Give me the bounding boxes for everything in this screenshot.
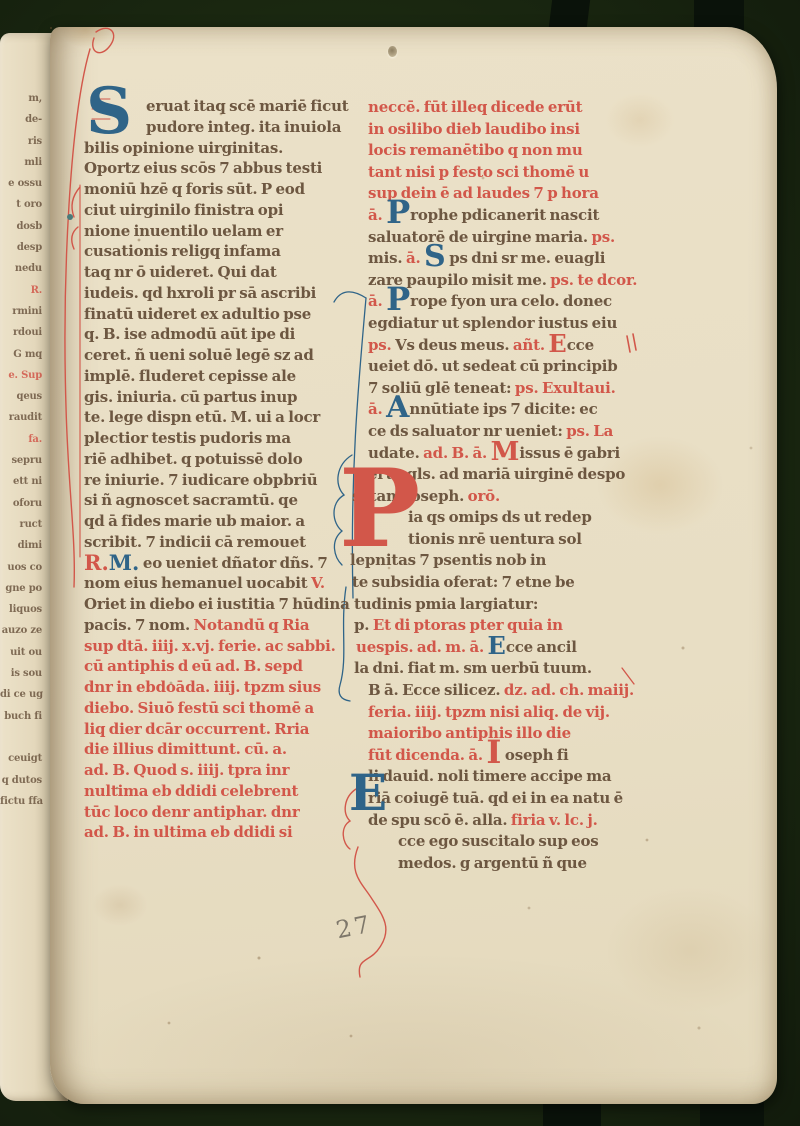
text-segment: ps dni sr me. euagli [446,249,605,267]
text-segment: eo ueniet dñator dñs. 7 [139,554,327,572]
gutter-fragment: buch fi [0,706,42,727]
gutter-fragment: e ossu [0,173,42,194]
text-segment: añt. [513,336,549,354]
manuscript-line: mis. ā. S ps dni sr me. euagli [368,248,634,270]
text-segment: mis. [368,249,406,267]
text-segment: B ā. Ecce silicez. [368,681,504,699]
manuscript-line: Oriet in diebo ei iustitia 7 hūdina [84,594,342,615]
text-segment: uespis. ad. m. ā. [356,638,488,656]
text-segment: taq nr ō uideret. Qui dat [84,263,277,281]
inline-initial: R. [84,550,109,575]
gutter-fragment: G mq [0,344,42,365]
text-segment: cce [567,336,594,354]
gutter-fragment: sepru [0,450,42,471]
penwork-dot [67,214,73,220]
gutter-fragment: t oro [0,194,42,215]
text-segment: moniū hzē q foris sūt. P eod [84,180,305,198]
inline-initial: I [486,733,501,771]
gutter-fragment: R. [0,280,42,301]
gutter-fragment: uos co [0,557,42,578]
manuscript-line: tūc loco denr antiphar. dnr [84,802,342,823]
text-segment: diebo. Siuō festū sci thomē a [84,699,314,717]
manuscript-page: eruat itaq scē mariē ficutpudore integ. … [50,27,777,1104]
text-segment: te. lege dispn etū. M. ui a locr [84,408,320,426]
manuscript-line: pacis. 7 nom. Notandū q Ria [84,615,342,636]
gutter-fragment: rdoui [0,322,42,343]
manuscript-line: gis. iniuria. cū partus inup [84,387,342,408]
manuscript-line: dnr in ebdoāda. iiij. tpzm sius [84,677,342,698]
gutter-fragment: di ce ug [0,684,42,705]
text-segment: sup dtā. iiij. x.vj. ferie. ac sabbi. [84,637,336,655]
gutter-fragment: oforu [0,493,42,514]
text-segment: ad. B. Quod s. iiij. tpra inr [84,761,289,779]
manuscript-line: si ñ agnoscet sacramtū. qe [84,490,342,511]
manuscript-line: ueiet dō. ut sedeat cū principib [368,356,634,378]
text-segment: Notandū q Ria [194,616,310,634]
text-segment: feria. iiij. tpzm nisi aliq. de vij. [368,703,610,721]
parchment-hole [388,46,397,57]
text-segment: firia v. lc. j. [511,811,598,829]
text-segment: issus ē gabri [519,444,620,462]
manuscript-line: cū antiphis d eū ad. B. sepd [84,656,342,677]
manuscript-line: maioribo antiphis illo die [368,723,634,745]
text-segment: tionis nrē uentura sol [408,530,582,548]
text-segment: die illius dimittunt. cū. a. [84,740,287,758]
drop-cap-initial-P: P [339,467,420,551]
gutter-fragment [0,727,42,748]
text-segment: Oportz eius scōs 7 abbus testi [84,159,322,177]
text-segment: pacis. 7 nom. [84,616,194,634]
text-segment: Et di ptoras pter quia in [373,616,563,634]
gutter-text-fragments: m,de-rismlie ossut orodosbdespneduR.rmin… [0,88,42,812]
text-segment: q. B. ise admodū aūt ipe di [84,325,295,343]
text-segment: ciut uirginilo finistra opi [84,201,283,219]
text-segment: p. [354,616,373,634]
photo-backdrop: m,de-rismlie ossut orodosbdespneduR.rmin… [0,0,800,1126]
manuscript-line: nom eius hemanuel uocabit V. [84,573,342,594]
text-segment: cū antiphis d eū ad. B. sepd [84,657,303,675]
text-segment: oseph fi [501,746,568,764]
manuscript-line: diebo. Siuō festū sci thomē a [84,698,342,719]
text-segment: tudinis pmia largiatur: [354,595,538,613]
manuscript-line: die illius dimittunt. cū. a. [84,739,342,760]
manuscript-line: iudeis. qd hxroli pr sā ascribi [84,283,342,304]
manuscript-line: ciut uirginilo finistra opi [84,200,342,221]
gutter-fragment: rmini [0,301,42,322]
text-segment: riā coiugē tuā. qd ei in ea natu ē [368,789,623,807]
folio-number: 27 [334,910,375,944]
manuscript-line: liq dier dcār occurrent. Rria [84,719,342,740]
manuscript-line: te subsidia oferat: 7 etne be [352,572,634,594]
text-segment: ps. La [566,422,613,440]
manuscript-line: B ā. Ecce silicez. dz. ad. ch. maiij. [368,680,634,702]
manuscript-line: Oportz eius scōs 7 abbus testi [84,158,342,179]
gutter-fragment: auzo ze [0,620,42,641]
gutter-fragment: ruct [0,514,42,535]
inline-initial: A [386,390,409,425]
manuscript-line: moniū hzē q foris sūt. P eod [84,179,342,200]
text-segment: si ñ agnoscet sacramtū. qe [84,491,298,509]
manuscript-line: cusationis religq infama [84,241,342,262]
drop-cap-initial-E: E [349,773,387,812]
manuscript-line: locis remanētibo q non mu [368,140,634,162]
manuscript-line: ps. Vs deus meus. añt. Ecce [368,335,634,357]
inline-initial: P [386,193,410,231]
manuscript-line: la dni. fiat m. sm uerbū tuum. [354,658,634,680]
manuscript-line: qd ā fides marie ub maior. a [84,511,342,532]
text-segment: cce ego suscitalo sup eos [398,832,599,850]
text-segment: V. [311,574,325,592]
manuscript-line: de spu scō ē. alla. firia v. lc. j. [368,810,634,832]
gutter-fragment: uit ou [0,642,42,663]
text-segment: te subsidia oferat: 7 etne be [352,573,575,591]
gutter-fragment: nedu [0,258,42,279]
manuscript-line: re iniurie. 7 iudicare obpbriū [84,470,342,491]
gutter-fragment: is sou [0,663,42,684]
manuscript-line: te. lege dispn etū. M. ui a locr [84,407,342,428]
manuscript-line: li dauid. noli timere accipe ma [368,766,634,788]
text-segment: tūc loco denr antiphar. dnr [84,803,300,821]
inline-initial: M. [109,550,140,575]
gutter-fragment: ett ni [0,471,42,492]
manuscript-line: ad. B. in ultima eb ddidi si [84,822,342,843]
inline-initial: S [424,239,446,274]
manuscript-line: q. B. ise admodū aūt ipe di [84,324,342,345]
text-segment: re iniurie. 7 iudicare obpbriū [84,471,317,489]
manuscript-line: R.M. eo ueniet dñator dñs. 7 [84,553,342,574]
text-segment: la dni. fiat m. sm uerbū tuum. [354,659,592,677]
manuscript-line: fūt dicenda. ā. I oseph fi [368,745,634,767]
text-segment: ā. [368,400,386,418]
gutter-fragment: gne po [0,578,42,599]
manuscript-line: medos. g argentū ñ que [398,853,634,875]
inline-initial: M [491,437,520,467]
text-segment: iudeis. qd hxroli pr sā ascribi [84,284,316,302]
text-segment: nom eius hemanuel uocabit [84,574,311,592]
inline-initial: E [548,329,566,358]
gutter-fragment: dimi [0,535,42,556]
manuscript-line: ā. Prope fyon ura celo. donec [368,291,634,313]
text-segment: ia qs omips ds ut redep [408,508,592,526]
gutter-fragment: qeus [0,386,42,407]
text-segment: qd ā fides marie ub maior. a [84,512,305,530]
text-segment: in osilibo dieb laudibo insi [368,120,580,138]
text-segment: ad. B. in ultima eb ddidi si [84,823,293,841]
text-segment: rophe pdicanerit nascit [410,206,599,224]
text-segment: ps. Exultaui. [515,379,616,397]
gutter-fragment: liquos [0,599,42,620]
manuscript-line: ā. Prophe pdicanerit nascit [368,205,634,227]
manuscript-line: plectior testis pudoris ma [84,428,342,449]
inline-initial: P [386,280,410,318]
text-segment: liq dier dcār occurrent. Rria [84,720,309,738]
manuscript-line: tant nisi p festo sci thomē u [368,162,634,184]
inline-initial: E [488,631,506,660]
cradle-strap [694,0,744,30]
drop-cap-initial-S: S [86,87,132,137]
text-segment: medos. g argentū ñ que [398,854,587,872]
manuscript-line: riā coiugē tuā. qd ei in ea natu ē [368,788,634,810]
text-segment: orō. [468,487,500,505]
gutter-fragment: raudit [0,407,42,428]
manuscript-line: taq nr ō uideret. Qui dat [84,262,342,283]
text-segment: ā. [368,206,386,224]
manuscript-line: ad. B. Quod s. iiij. tpra inr [84,760,342,781]
gutter-fragment: m, [0,88,42,109]
text-segment: rope fyon ura celo. donec [410,292,612,310]
text-segment: cce ancil [506,638,577,656]
manuscript-line: ceret. ñ ueni soluē legē sz ad [84,345,342,366]
manuscript-line: nione inuentilo uelam er [84,221,342,242]
text-segment: scribit. 7 indicii cā remouet [84,533,306,551]
manuscript-line: eruat itaq scē mariē ficut [146,96,342,117]
gutter-fragment: ris [0,131,42,152]
gutter-fragment: dosb [0,216,42,237]
manuscript-line: implē. fluderet cepisse ale [84,366,342,387]
text-segment: eruat itaq scē mariē ficut [146,97,349,115]
manuscript-line: riē adhibet. q potuissē dolo [84,449,342,470]
text-segment: Vs deus meus. [395,336,513,354]
parchment-speckles [50,27,52,29]
gutter-fragment: fictu ffa [0,791,42,812]
text-segment: plectior testis pudoris ma [84,429,291,447]
gutter-fragment: e. Sup [0,365,42,386]
manuscript-line: neccē. fūt illeq dicede erūt [368,97,634,119]
manuscript-line: nultima eb ddidi celebrent [84,781,342,802]
text-segment: cusationis religq infama [84,242,281,260]
manuscript-line: tionis nrē uentura sol [408,529,634,551]
gutter-fragment: de- [0,109,42,130]
manuscript-line: feria. iiij. tpzm nisi aliq. de vij. [368,702,634,724]
text-segment: ad. B. ā. [423,444,490,462]
text-segment: nione inuentilo uelam er [84,222,283,240]
manuscript-line: uespis. ad. m. ā. Ecce ancil [356,637,634,659]
text-segment: dz. ad. ch. maiij. [504,681,634,699]
text-segment: de spu scō ē. alla. [368,811,511,829]
gutter-fragment: mli [0,152,42,173]
text-segment: ps. [591,228,615,246]
text-segment: maioribo antiphis illo die [368,724,571,742]
text-segment: ā. [368,292,386,310]
gutter-fragment: q dutos [0,770,42,791]
text-segment: nnūtiate ips 7 dicite: ec [409,400,597,418]
text-segment: neccē. fūt illeq dicede erūt [368,98,582,116]
text-segment: ueiet dō. ut sedeat cū principib [368,357,618,375]
manuscript-line: cce ego suscitalo sup eos [398,831,634,853]
manuscript-line: in osilibo dieb laudibo insi [368,119,634,141]
text-segment: fūt dicenda. ā. [368,746,486,764]
text-segment: implē. fluderet cepisse ale [84,367,296,385]
gutter-fragment: fa. [0,429,42,450]
gutter-fragment: ceuigt [0,748,42,769]
text-segment: finatū uideret ex adultio pse [84,305,311,323]
text-segment: ps. te dcor. [550,271,637,289]
text-segment: tant nisi p festo sci thomē u [368,163,589,181]
text-segment: pudore integ. ita inuiola [146,118,341,136]
text-segment: riē adhibet. q potuissē dolo [84,450,303,468]
text-segment: nultima eb ddidi celebrent [84,782,298,800]
text-segment: ceret. ñ ueni soluē legē sz ad [84,346,314,364]
text-segment: gis. iniuria. cū partus inup [84,388,297,406]
text-column-left: eruat itaq scē mariē ficutpudore integ. … [84,96,342,843]
manuscript-line: tudinis pmia largiatur: [354,594,634,616]
manuscript-line: ā. Annūtiate ips 7 dicite: ec [368,399,634,421]
text-segment: ā. [406,249,424,267]
text-segment: Oriet in diebo ei iustitia 7 hūdina [84,595,350,613]
text-segment: locis remanētibo q non mu [368,141,583,159]
manuscript-line: ia qs omips ds ut redep [408,507,634,529]
gutter-fragment: desp [0,237,42,258]
text-segment: ps. [368,336,395,354]
manuscript-line: sup dtā. iiij. x.vj. ferie. ac sabbi. [84,636,342,657]
manuscript-line: finatū uideret ex adultio pse [84,304,342,325]
text-segment: dnr in ebdoāda. iiij. tpzm sius [84,678,321,696]
manuscript-line: pudore integ. ita inuiola [146,117,342,138]
